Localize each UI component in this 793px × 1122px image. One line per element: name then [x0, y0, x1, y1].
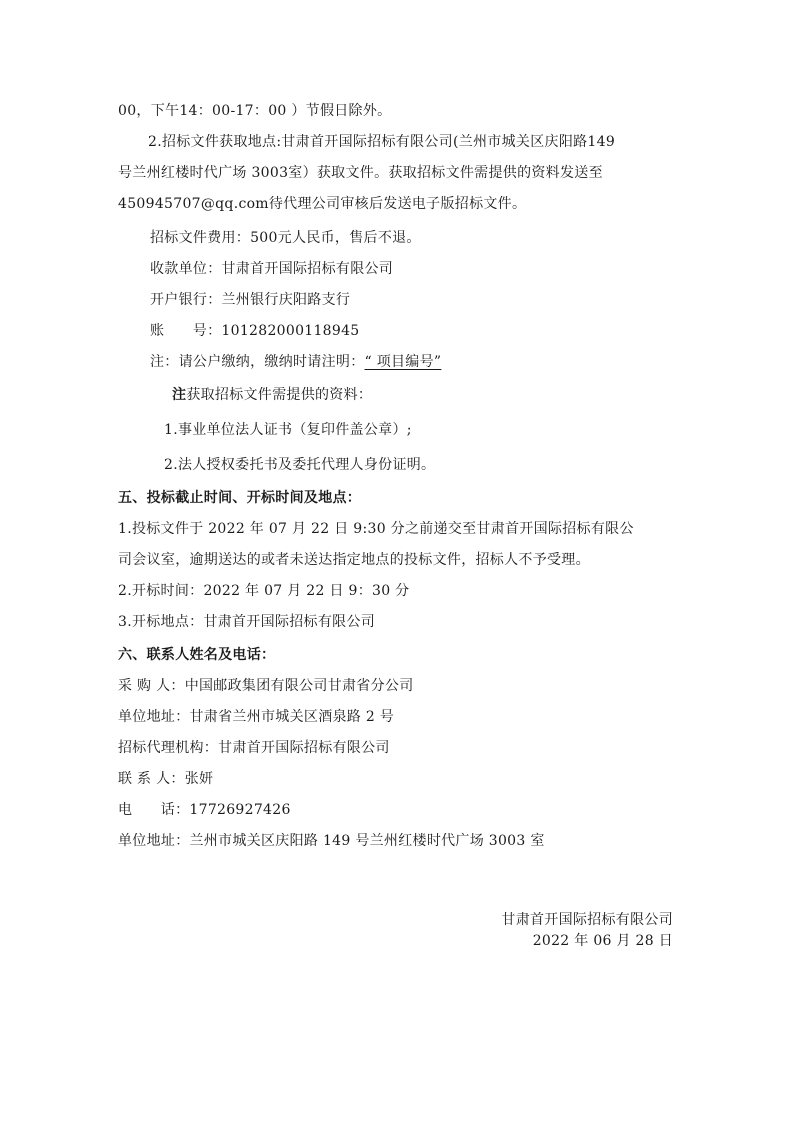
hours-line: 00，下午14：00-17：00 ）节假日除外。	[118, 101, 391, 121]
pickup-location-line3: 450945707@qq.com待代理公司审核后发送电子版招标文件。	[118, 194, 526, 214]
signature-date: 2022 年 06 月 28 日	[533, 931, 673, 951]
agency-address-line: 单位地址：兰州市城关区庆阳路 149 号兰州红楼时代广场 3003 室	[118, 831, 545, 851]
payment-note-prefix: 注：请公户缴纳，缴纳时请注明：	[150, 354, 365, 370]
materials-item: 1.事业单位法人证书（复印件盖公章）;	[164, 420, 412, 440]
opening-time-line: 2.开标时间：2022 年 07 月 22 日 9：30 分	[118, 581, 410, 601]
section5-heading: 五、投标截止时间、开标时间及地点：	[118, 488, 361, 508]
account-label: 账 号：	[150, 323, 221, 339]
materials-item: 2.法人授权委托书及委托代理人身份证明。	[164, 455, 435, 475]
fee-line: 招标文件费用：500元人民币，售后不退。	[150, 228, 421, 248]
pickup-location-line2: 号兰州红楼时代广场 3003室）获取文件。获取招标文件需提供的资料发送至	[118, 163, 603, 183]
payee-line: 收款单位：甘肃首开国际招标有限公司	[150, 259, 393, 279]
section6-heading: 六、联系人姓名及电话：	[118, 645, 275, 665]
bid-deadline-line2: 司会议室，逾期送达的或者未送达指定地点的投标文件，招标人不予受理。	[118, 550, 590, 570]
purchaser-line: 采 购 人：中国邮政集团有限公司甘肃省分公司	[118, 676, 414, 696]
signature-company: 甘肃首开国际招标有限公司	[501, 910, 673, 930]
phone-line: 电 话：17726927426	[118, 800, 291, 820]
project-number-underlined: “ 项目编号”	[365, 354, 442, 370]
pickup-location-line1: 2.招标文件获取地点:甘肃首开国际招标有限公司(兰州市城关区庆阳路149	[148, 132, 615, 152]
agency-line: 招标代理机构：甘肃首开国际招标有限公司	[118, 738, 390, 758]
payment-note-line: 注：请公户缴纳，缴纳时请注明：“ 项目编号”	[150, 352, 441, 372]
bid-deadline-line1: 1.投标文件于 2022 年 07 月 22 日 9:30 分之前递交至甘肃首开…	[118, 519, 634, 539]
account-value: 101282000118945	[221, 323, 359, 339]
materials-heading: 注获取招标文件需提供的资料：	[172, 385, 372, 405]
opening-location-line: 3.开标地点：甘肃首开国际招标有限公司	[118, 612, 375, 632]
materials-note-text: 获取招标文件需提供的资料：	[186, 387, 372, 403]
contact-line: 联 系 人：张妍	[118, 769, 213, 789]
account-line: 账 号：101282000118945	[150, 321, 360, 341]
bank-line: 开户银行：兰州银行庆阳路支行	[150, 290, 350, 310]
purchaser-address-line: 单位地址：甘肃省兰州市城关区酒泉路 2 号	[118, 707, 394, 727]
materials-note-bold: 注	[172, 387, 186, 403]
